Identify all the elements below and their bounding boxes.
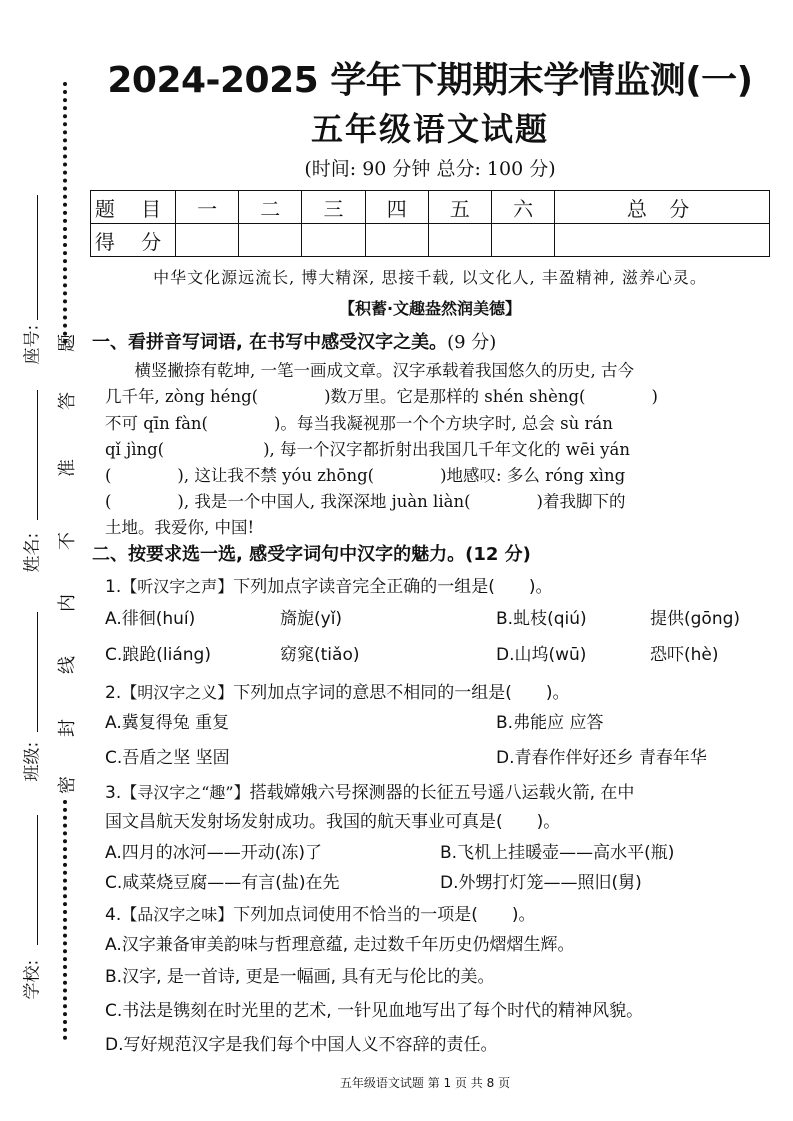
section-2-heading: 二、按要求选一选, 感受字词句中汉字的魅力。(12 分)	[92, 540, 531, 566]
question-1: 1.【听汉字之声】下列加点字读音完全正确的一组是( )。	[105, 572, 553, 597]
passage-line: 不可 qīn fàn( )。每当我凝视那一个个方块字时, 总会 sù rán	[105, 410, 613, 434]
option-d[interactable]: D.青春作伴好还乡 青春年华	[496, 743, 707, 768]
name-underline	[37, 390, 38, 520]
score-cell[interactable]	[555, 224, 770, 257]
score-cell[interactable]	[365, 224, 428, 257]
option-a[interactable]: A.四月的冰河——开动(冻)了	[105, 838, 322, 863]
passage-line: ( ), 这让我不禁 yóu zhōng( )地感叹: 多么 róng xìng	[105, 462, 625, 486]
option-a[interactable]: A.徘徊(huí)	[105, 604, 195, 629]
question-tag: 【品汉字之味】	[121, 905, 233, 924]
section-banner: 【积蓄·文趣盎然润美德】	[90, 296, 770, 319]
warning-char: 线	[53, 653, 79, 677]
school-label: 学校:	[18, 976, 43, 1000]
option-a[interactable]: A.冀复得兔 重复	[105, 708, 229, 733]
seat-number-label: 座号:	[18, 341, 43, 365]
warning-char: 内	[53, 591, 79, 615]
exam-meta: (时间: 90 分钟 总分: 100 分)	[90, 154, 770, 181]
page-footer: 五年级语文试题 第 1 页 共 8 页	[280, 1074, 570, 1091]
exam-subtitle: 五年级语文试题	[90, 104, 770, 150]
section-1-heading: 一、看拼音写词语, 在书写中感受汉字之美。(9 分)	[92, 328, 496, 354]
column-header: 总 分	[555, 191, 770, 224]
question-stem: 下列加点词使用不恰当的一项是( )。	[233, 905, 535, 925]
passage-line: 横竖撇捺有乾坤, 一笔一画成文章。汉字承载着我国悠久的历史, 古今	[118, 357, 634, 381]
class-label: 班级:	[18, 758, 43, 782]
score-table-score-row: 得 分	[91, 224, 770, 257]
option-c-extra: 窈窕(tiǎo)	[280, 640, 359, 665]
option-a[interactable]: A.汉字兼备审美韵味与哲理意蕴, 走过数千年历史仍熠熠生辉。	[105, 930, 575, 955]
warning-char: 答	[53, 389, 79, 413]
score-cell[interactable]	[492, 224, 555, 257]
option-c[interactable]: C.咸菜烧豆腐——有言(盐)在先	[105, 868, 340, 893]
option-b-extra: 提供(gōng)	[650, 604, 740, 629]
question-tag: 【听汉字之声】	[121, 577, 233, 596]
question-number: 1.	[105, 577, 121, 597]
question-stem: 下列加点字读音完全正确的一组是( )。	[233, 577, 552, 597]
passage-line: 土地。我爱你, 中国!	[105, 514, 254, 538]
question-tag: 【明汉字之义】	[121, 683, 233, 702]
option-b[interactable]: B.汉字, 是一首诗, 更是一幅画, 具有无与伦比的美。	[105, 962, 495, 987]
passage-line: ( ), 我是一个中国人, 我深深地 juàn liàn( )着我脚下的	[105, 488, 625, 512]
column-header: 六	[492, 191, 555, 224]
question-stem: 搭载嫦娥六号探测器的长征五号遥八运载火箭, 在中	[250, 783, 635, 803]
question-number: 2.	[105, 683, 121, 703]
warning-char: 不	[53, 529, 79, 553]
row-label: 得 分	[91, 224, 176, 257]
warning-char: 封	[53, 716, 79, 740]
option-d[interactable]: D.写好规范汉字是我们每个中国人义不容辞的责任。	[105, 1030, 498, 1055]
score-table-header-row: 题 目 一 二 三 四 五 六 总 分	[91, 191, 770, 224]
score-cell[interactable]	[428, 224, 491, 257]
passage-line: 几千年, zòng héng( )数万里。它是那样的 shén shèng( )	[105, 383, 658, 407]
question-3: 3.【寻汉字之“趣”】搭载嫦娥六号探测器的长征五号遥八运载火箭, 在中	[105, 778, 634, 803]
warning-char: 准	[53, 456, 79, 480]
column-header: 五	[428, 191, 491, 224]
binding-dotted-line-top	[63, 82, 67, 344]
exam-title: 2024-2025 学年下期期末学情监测(一)	[90, 52, 770, 103]
option-b[interactable]: B.飞机上挂暖壶——高水平(瓶)	[440, 838, 674, 863]
option-c[interactable]: C.吾盾之坚 坚固	[105, 743, 230, 768]
section-2-title: 二、按要求选一选, 感受字词句中汉字的魅力。	[92, 544, 465, 565]
option-c[interactable]: C.书法是镌刻在时光里的艺术, 一针见血地写出了每个时代的精神风貌。	[105, 996, 643, 1021]
option-d[interactable]: D.外甥打灯笼——照旧(舅)	[440, 868, 642, 893]
score-cell[interactable]	[239, 224, 302, 257]
option-d[interactable]: D.山坞(wū)	[496, 640, 586, 665]
row-label: 题 目	[91, 191, 176, 224]
warning-char: 题	[53, 331, 79, 355]
question-number: 3.	[105, 783, 121, 803]
warning-char: 密	[53, 773, 79, 797]
column-header: 二	[239, 191, 302, 224]
section-1-points: (9 分)	[447, 332, 496, 353]
column-header: 一	[176, 191, 239, 224]
option-a-extra: 旖旎(yǐ)	[280, 604, 342, 629]
motto: 中华文化源远流长, 博大精深, 思接千载, 以文化人, 丰盈精神, 滋养心灵。	[90, 265, 770, 288]
question-4: 4.【品汉字之味】下列加点词使用不恰当的一项是( )。	[105, 900, 536, 925]
option-b[interactable]: B.弗能应 应答	[496, 708, 603, 733]
seat-number-underline	[37, 195, 38, 320]
binding-dotted-line-bottom	[63, 800, 67, 1040]
column-header: 三	[302, 191, 365, 224]
score-cell[interactable]	[176, 224, 239, 257]
column-header: 四	[365, 191, 428, 224]
question-3-continued: 国文昌航天发射场发射成功。我国的航天事业可真是( )。	[105, 807, 560, 832]
section-1-title: 一、看拼音写词语, 在书写中感受汉字之美。	[92, 332, 447, 353]
question-tag: 【寻汉字之“趣”】	[121, 783, 249, 802]
section-2-points: (12 分)	[465, 544, 531, 565]
question-stem: 下列加点字词的意思不相同的一组是( )。	[233, 683, 569, 703]
option-c[interactable]: C.踉跄(liáng)	[105, 640, 211, 665]
option-b[interactable]: B.虬枝(qiú)	[496, 604, 587, 629]
question-number: 4.	[105, 905, 121, 925]
school-underline	[37, 815, 38, 945]
score-table: 题 目 一 二 三 四 五 六 总 分 得 分	[90, 190, 770, 257]
passage-line: qǐ jìng( ), 每一个汉字都折射出我国几千年文化的 wēi yán	[105, 436, 630, 460]
class-underline	[37, 612, 38, 732]
question-2: 2.【明汉字之义】下列加点字词的意思不相同的一组是( )。	[105, 678, 570, 703]
name-label: 姓名:	[18, 549, 43, 573]
option-d-extra: 恐吓(hè)	[650, 640, 719, 665]
score-cell[interactable]	[302, 224, 365, 257]
